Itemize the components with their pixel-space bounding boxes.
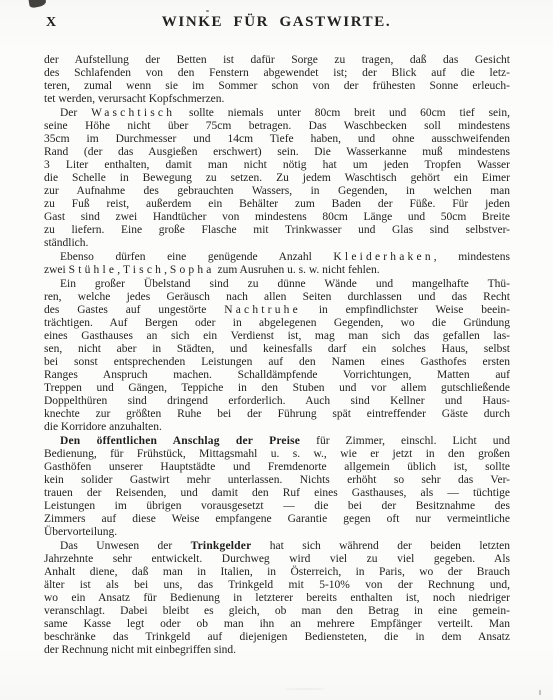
- text-line: sen, nicht aber in Städten, und keinesfa…: [44, 343, 510, 356]
- text-line: 3 Liter enthalten, damit man nicht nötig…: [44, 159, 510, 172]
- text-segment: Übervorteilung.: [44, 526, 117, 538]
- book-page: X WINKE FÜR GASTWIRTE. der Aufstellung d…: [0, 0, 553, 700]
- text-segment: , mindestens: [434, 251, 510, 263]
- text-line: Übervorteilung.: [44, 526, 510, 539]
- text-segment: teren, zumal wenn sie im Sommer schon vo…: [44, 80, 510, 92]
- text-line: Ranges Anspruch machen. Schalldämpfende …: [44, 369, 510, 382]
- text-segment: in empfindlichster Weise beein-: [301, 304, 510, 316]
- bold-text: Den öffentlichen Anschlag der Preise: [60, 435, 300, 447]
- text-line: zwei Stühle, Tisch, Sopha zum Ausruhen u…: [44, 264, 510, 277]
- text-line: trauen der Reisenden, und damit den Ruf …: [44, 487, 510, 500]
- text-segment: der Rechnung nicht mit einbegriffen sind…: [44, 644, 236, 656]
- text-segment: knechte zur größten Ruhe bei der Führung…: [44, 408, 510, 420]
- text-segment: zu liefern. Eine große Flasche mit Trink…: [44, 224, 510, 236]
- text-segment: trächtigen. Auf Bergen oder in abgelegen…: [44, 317, 510, 329]
- text-segment: Doppelthüren sind dringend erforderlich.…: [44, 395, 510, 407]
- paragraph: Ebenso dürfen eine genügende Anzahl Klei…: [44, 251, 510, 277]
- text-segment: für Zimmer, einschl. Licht und: [300, 435, 510, 447]
- text-segment: Das Unwesen der: [60, 540, 191, 552]
- text-segment: sollte niemals unter 80cm breit und 60cm…: [175, 107, 510, 119]
- paragraph: Der Waschtisch sollte niemals unter 80cm…: [44, 107, 510, 250]
- letterspaced-text: Sopha: [170, 264, 215, 276]
- text-line: die Korridore anzuhalten.: [44, 421, 510, 434]
- text-segment: des Schlafenden von den Fenstern abgewen…: [44, 67, 510, 79]
- text-segment: 35cm im Durchmesser und 14cm Tiefe haben…: [44, 133, 510, 145]
- text-segment: Rand (der das Ausgießen erschwert) sein.…: [44, 146, 510, 158]
- text-segment: der Aufstellung der Betten ist dafür Sor…: [44, 54, 510, 66]
- text-line: same Kasse legt oder ob man ihn an mehre…: [44, 618, 510, 631]
- text-line: teren, zumal wenn sie im Sommer schon vo…: [44, 80, 510, 93]
- text-segment: die Korridore anzuhalten.: [44, 421, 162, 433]
- text-segment: Leistungen im übrigen vorausgesetzt — di…: [44, 500, 510, 512]
- text-segment: Zimmers auf diese Weise empfangene Garan…: [44, 513, 510, 525]
- text-line: Ein großer Übelstand sind zu dünne Wände…: [44, 278, 510, 291]
- text-segment: Jahrzehnte sehr entwickelt. Durchweg wir…: [44, 553, 510, 565]
- text-segment: bei sonst entsprechenden Leistungen auf …: [44, 356, 510, 368]
- text-line: zu Fuß reist, außerdem ein Behälter zum …: [44, 198, 510, 211]
- text-line: 35cm im Durchmesser und 14cm Tiefe haben…: [44, 133, 510, 146]
- text-line: Den öffentlichen Anschlag der Preise für…: [44, 435, 510, 448]
- text-segment: des Gastes auf ungestörte: [44, 304, 224, 316]
- text-segment: Ein großer Übelstand sind zu dünne Wände…: [60, 278, 510, 290]
- text-segment: älter ist als bei uns, das Trinkgeld mit…: [44, 579, 510, 591]
- text-line: eines Gasthauses an sich ein Verdienst i…: [44, 330, 510, 343]
- text-line: Gasthöfen unserer Hauptstädte und Fremde…: [44, 461, 510, 474]
- text-line: trächtigen. Auf Bergen oder in abgelegen…: [44, 317, 510, 330]
- text-segment: wo ein Ansatz für Bedienung in letzterer…: [44, 592, 510, 604]
- text-line: des Gastes auf ungestörte Nachtruhe in e…: [44, 304, 510, 317]
- paragraph: Ein großer Übelstand sind zu dünne Wände…: [44, 278, 510, 434]
- text-segment: kein solider Gastwirt mehr unterlassen. …: [44, 474, 510, 486]
- text-line: Anhalt diene, daß man in Italien, in Öst…: [44, 566, 510, 579]
- letterspaced-text: Stühle: [69, 264, 118, 276]
- page-header: X WINKE FÜR GASTWIRTE.: [0, 0, 553, 40]
- text-line: seine Höhe nicht über 75cm betragen. Das…: [44, 120, 510, 133]
- text-segment: Gast sind zwei Handtücher von mindestens…: [44, 211, 510, 223]
- text-segment: hat sich während der beiden letzten: [251, 540, 510, 552]
- text-segment: zur Aufnahme des gebrauchten Wassers, in…: [44, 185, 510, 197]
- text-line: wo ein Ansatz für Bedienung in letzterer…: [44, 592, 510, 605]
- text-segment: Ranges Anspruch machen. Schalldämpfende …: [44, 369, 510, 381]
- text-block: der Aufstellung der Betten ist dafür Sor…: [44, 54, 510, 658]
- text-line: Zimmers auf diese Weise empfangene Garan…: [44, 513, 510, 526]
- paragraph: Den öffentlichen Anschlag der Preise für…: [44, 435, 510, 539]
- text-line: Rand (der das Ausgießen erschwert) sein.…: [44, 146, 510, 159]
- text-segment: Gasthöfen unserer Hauptstädte und Fremde…: [44, 461, 510, 473]
- text-line: Treppen und Gängen, Teppiche in den Stub…: [44, 382, 510, 395]
- text-segment: Der: [60, 107, 91, 119]
- text-line: die Schelle in Bewegung zu setzen. Zu je…: [44, 172, 510, 185]
- scan-speck-bottom-right: [539, 690, 541, 695]
- text-line: älter ist als bei uns, das Trinkgeld mit…: [44, 579, 510, 592]
- letterspaced-text: Nachtruhe: [224, 304, 301, 316]
- running-title: WINKE FÜR GASTWIRTE.: [0, 14, 553, 31]
- text-line: knechte zur größten Ruhe bei der Führung…: [44, 408, 510, 421]
- text-segment: Bedienung, für Frühstück, Mittagsmahl u.…: [44, 448, 510, 460]
- letterspaced-text: Kleiderhaken: [333, 251, 433, 263]
- text-segment: tet werden, verursacht Kopfschmerzen.: [44, 93, 224, 105]
- text-line: zur Aufnahme des gebrauchten Wassers, in…: [44, 185, 510, 198]
- text-segment: zum Ausruhen u. s. w. nicht fehlen.: [215, 264, 380, 276]
- text-line: des Schlafenden von den Fenstern abgewen…: [44, 67, 510, 80]
- text-segment: beschränke das Trinkgeld auf diejenigen …: [44, 631, 510, 643]
- text-line: Jahrzehnte sehr entwickelt. Durchweg wir…: [44, 553, 510, 566]
- text-segment: trauen der Reisenden, und damit den Ruf …: [44, 487, 510, 499]
- text-segment: seine Höhe nicht über 75cm betragen. Das…: [44, 120, 510, 132]
- text-line: Der Waschtisch sollte niemals unter 80cm…: [44, 107, 510, 120]
- text-segment: sen, nicht aber in Städten, und keinesfa…: [44, 343, 510, 355]
- letterspaced-text: Waschtisch: [91, 107, 175, 119]
- text-segment: eines Gasthauses an sich ein Verdienst i…: [44, 330, 510, 342]
- text-line: der Rechnung nicht mit einbegriffen sind…: [44, 644, 510, 657]
- text-line: bei sonst entsprechenden Leistungen auf …: [44, 356, 510, 369]
- text-line: zu liefern. Eine große Flasche mit Trink…: [44, 224, 510, 237]
- text-segment: zwei: [44, 264, 69, 276]
- text-segment: Anhalt diene, daß man in Italien, in Öst…: [44, 566, 510, 578]
- text-line: beschränke das Trinkgeld auf diejenigen …: [44, 631, 510, 644]
- text-line: Leistungen im übrigen vorausgesetzt — di…: [44, 500, 510, 513]
- text-segment: die Schelle in Bewegung zu setzen. Zu je…: [44, 172, 510, 184]
- letterspaced-text: Tisch: [123, 264, 164, 276]
- text-line: Doppelthüren sind dringend erforderlich.…: [44, 395, 510, 408]
- text-line: Das Unwesen der Trinkgelder hat sich wäh…: [44, 540, 510, 553]
- text-line: Gast sind zwei Handtücher von mindestens…: [44, 211, 510, 224]
- text-line: Bedienung, für Frühstück, Mittagsmahl u.…: [44, 448, 510, 461]
- text-line: ständlich.: [44, 237, 510, 250]
- paragraph: Das Unwesen der Trinkgelder hat sich wäh…: [44, 540, 510, 657]
- text-line: veranschlagt. Dabei bleibt es gleich, ob…: [44, 605, 510, 618]
- text-segment: Ebenso dürfen eine genügende Anzahl: [60, 251, 333, 263]
- text-line: ren, welche jedes Geräusch nach allen Se…: [44, 291, 510, 304]
- text-segment: 3 Liter enthalten, damit man nicht nötig…: [44, 159, 510, 171]
- text-segment: same Kasse legt oder ob man ihn an mehre…: [44, 618, 510, 630]
- paragraph: der Aufstellung der Betten ist dafür Sor…: [44, 54, 510, 106]
- text-segment: ständlich.: [44, 237, 88, 249]
- scan-smudge-bottom: [285, 688, 325, 690]
- text-line: der Aufstellung der Betten ist dafür Sor…: [44, 54, 510, 67]
- text-segment: ren, welche jedes Geräusch nach allen Se…: [44, 291, 510, 303]
- text-line: tet werden, verursacht Kopfschmerzen.: [44, 93, 510, 106]
- text-segment: zu Fuß reist, außerdem ein Behälter zum …: [44, 198, 510, 210]
- text-line: Ebenso dürfen eine genügende Anzahl Klei…: [44, 251, 510, 264]
- text-segment: veranschlagt. Dabei bleibt es gleich, ob…: [44, 605, 510, 617]
- text-segment: Treppen und Gängen, Teppiche in den Stub…: [44, 382, 510, 394]
- bold-text: Trinkgelder: [191, 540, 252, 552]
- text-line: kein solider Gastwirt mehr unterlassen. …: [44, 474, 510, 487]
